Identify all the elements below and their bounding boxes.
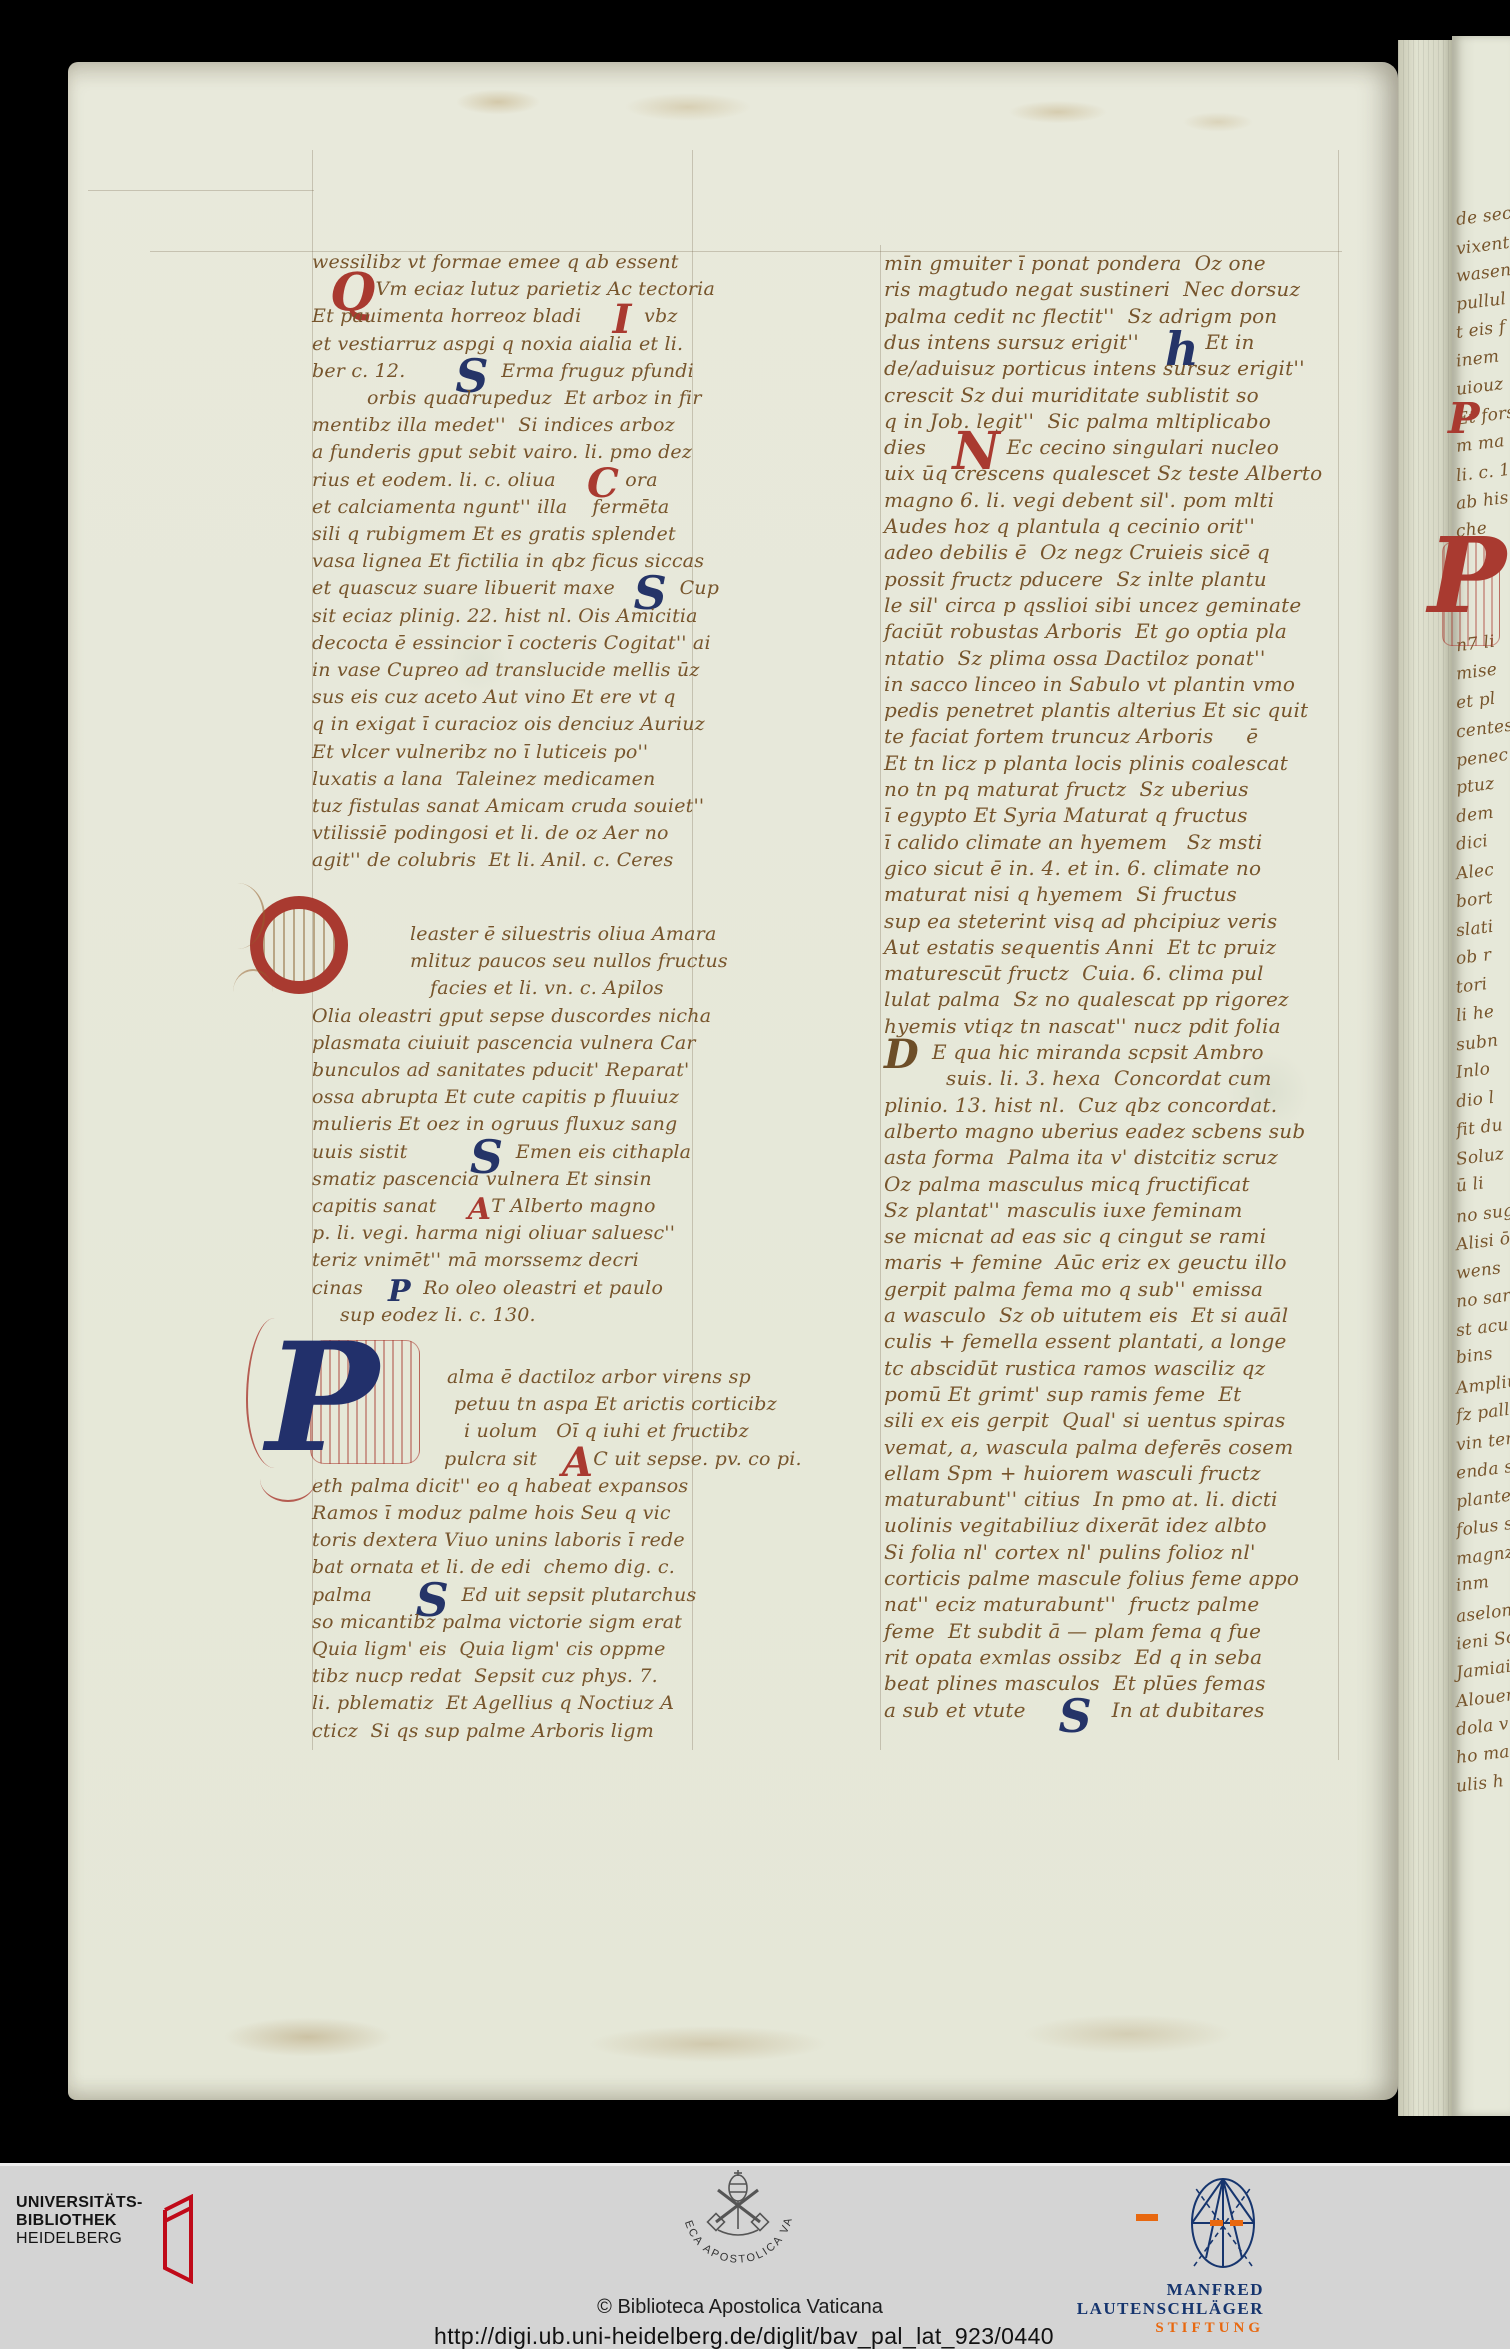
manuscript-line: palma S Ed uit sepsit plutarchus: [312, 1586, 696, 1605]
manuscript-line: se micnat ad eas sic q cingut se rami: [884, 1226, 1266, 1246]
manuscript-line: dem: [1455, 804, 1494, 825]
manuscript-line: ellam Spm + huiorem wasculi fructz: [884, 1463, 1261, 1483]
manuscript-line: pomū Et grimt' sup ramis feme Et: [884, 1384, 1241, 1404]
manuscript-line: bunculos ad sanitates pducit' Reparat': [312, 1061, 689, 1080]
manuscript-line: te faciat fortem truncuz Arboris ē: [884, 726, 1258, 746]
manuscript-line: Inlo: [1455, 1061, 1491, 1082]
vatican-seal-arc-text: BIBLIOTECA APOSTOLICA VATICANA: [672, 2168, 795, 2266]
source-url[interactable]: http://digi.ub.uni-heidelberg.de/diglit/…: [434, 2323, 1054, 2349]
manuscript-line: maris + femine Aūc eriz ex geuctu illo: [884, 1252, 1287, 1272]
ub-logo-line1: UNIVERSITÄTS-: [16, 2194, 143, 2212]
manuscript-line: Oz palma masculus micq fructificat: [884, 1174, 1250, 1194]
manuscript-line: cticz Si qs sup palme Arboris ligm: [312, 1722, 654, 1741]
ub-book-icon: [153, 2194, 201, 2284]
manuscript-line: Aut estatis sequentis Anni Et tc pruiz: [884, 937, 1276, 957]
manuscript-line: nat'' eciz maturabunt'' fructz palme: [884, 1594, 1259, 1614]
manuscript-line: sit eciaz plinig. 22. hist nl. Ois Amici…: [312, 607, 698, 626]
manuscript-line: bat ornata et li. de edi chemo dig. c.: [312, 1558, 675, 1577]
manuscript-line: asta forma Palma ita v' distcitiz scruz: [884, 1147, 1278, 1167]
manuscript-line: Si folia nl' cortex nl' pulins folioz nl…: [884, 1542, 1256, 1562]
manuscript-line: uix ūq crescens qualescet Sz teste Alber…: [884, 463, 1322, 483]
manuscript-line: mise: [1455, 662, 1498, 684]
manuscript-line: ris magtudo negat sustineri Nec dorsuz: [884, 279, 1300, 299]
ruling-line: [880, 245, 881, 1750]
manuscript-scan: wessilibz vt formae emee q ab essentQVm …: [0, 0, 1510, 2163]
stiftung-globe-icon: [1186, 2174, 1260, 2274]
manuscript-line: pedis penetret plantis alterius Et sic q…: [884, 700, 1308, 720]
manuscript-line: ob r: [1455, 947, 1492, 968]
manuscript-line: Et pauimenta horreoz bladi I vbz: [312, 307, 678, 326]
manuscript-line: no tn pq maturat fructz Sz uberius: [884, 779, 1249, 799]
manuscript-line: et vestiarruz aspgi q noxia aialia et li…: [312, 335, 683, 354]
manuscript-line: uuis sistit S Emen eis cithapla: [312, 1143, 691, 1162]
ub-logo-line3: HEIDELBERG: [16, 2230, 143, 2248]
manuscript-line: dici: [1455, 833, 1489, 854]
manuscript-line: pulcra sit AC uit sepse. pv. co pi.: [444, 1450, 802, 1469]
manuscript-line: ī calido climate an hyemem Sz msti: [884, 832, 1262, 852]
manuscript-line: plinio. 13. hist nl. Cuz qbz concordat.: [884, 1095, 1277, 1115]
manuscript-line: alma ē dactiloz arbor virens sp: [447, 1368, 751, 1387]
manuscript-line: sili ex eis gerpit Qual' si uentus spira…: [884, 1410, 1286, 1430]
manuscript-line: maturabunt'' citius In pmo at. li. dicti: [884, 1489, 1278, 1509]
manuscript-line: palma cedit nc flectit'' Sz adrigm pon: [884, 306, 1277, 326]
manuscript-line: D E qua hic miranda scpsit Ambro: [884, 1042, 1264, 1062]
manuscript-line: in vase Cupreo ad translucide mellis ūz: [312, 661, 700, 680]
manuscript-line: teriz vnimēt'' mā morssemz decri: [312, 1251, 639, 1270]
manuscript-line: facies et li. vn. c. Apilos: [430, 979, 664, 998]
manuscript-line: ī egypto Et Syria Maturat q fructus: [884, 805, 1248, 825]
manuscript-line: ntatio Sz plima ossa Dactiloz ponat'': [884, 648, 1266, 668]
manuscript-line: cinas P Ro oleo oleastri et paulo: [312, 1279, 663, 1298]
manuscript-line: toris dextera Viuo unins laboris ī rede: [312, 1531, 685, 1550]
manuscript-line: tori: [1455, 976, 1488, 997]
manuscript-line: faciūt robustas Arboris Et go optia pla: [884, 621, 1287, 641]
manuscript-line: in sacco linceo in Sabulo vt plantin vmo: [884, 674, 1295, 694]
manuscript-line: sili q rubigmem Et es gratis splendet: [312, 525, 676, 544]
manuscript-line: tc abscidūt rustica ramos wasciliz qz: [884, 1358, 1265, 1378]
manuscript-line: mlituz paucos seu nullos fructus: [410, 952, 728, 971]
manuscript-line: Audes hoz q plantula q cecinio orit'': [884, 516, 1255, 536]
manuscript-line: decocta ē essincior ī cocteris Cogitat''…: [312, 634, 711, 653]
manuscript-line: et calciamenta ngunt'' illa fermēta: [312, 498, 669, 517]
manuscript-line: adeo debilis ē Oz negz Cruieis sicē q: [884, 542, 1270, 562]
manuscript-line: QVm eciaz lutuz parietiz Ac tectoria: [330, 280, 715, 299]
manuscript-line: ossa abrupta Et cute capitis p fluuiuz: [312, 1088, 679, 1107]
lautenschlaeger-stiftung-logo: MANFRED LAUTENSCHLÄGER STIFTUNG: [1077, 2174, 1264, 2337]
manuscript-line: i uolum Oī q iuhi et fructibz: [464, 1422, 749, 1441]
manuscript-line: mentibz illa medet'' Si indices arboz: [312, 416, 675, 435]
initial-letter-glyph: P: [266, 1310, 379, 1486]
manuscript-line: gerpit palma fema mo q sub'' emissa: [884, 1279, 1263, 1299]
manuscript-line: uolinis vegitabiliuz dixerāt idez albto: [884, 1515, 1267, 1535]
ruling-line: [88, 190, 314, 191]
manuscript-line: a wasculo Sz ob uitutem eis Et si auāl: [884, 1305, 1288, 1325]
manuscript-line: et pl: [1455, 690, 1496, 712]
copyright-line: © Biblioteca Apostolica Vaticana: [597, 2296, 883, 2319]
manuscript-line: Sz plantat'' masculis iuxe feminam: [884, 1200, 1243, 1220]
manuscript-line: Et tn licz p planta locis plinis coalesc…: [884, 753, 1288, 773]
manuscript-line: crescit Sz dui muriditate sublistit so: [884, 385, 1259, 405]
manuscript-line: vemat, a, wascula palma deferēs cosem: [884, 1437, 1293, 1457]
ruling-line: [1338, 150, 1339, 1760]
manuscript-line: lulat palma Sz no qualescat pp rigorez: [884, 989, 1289, 1009]
manuscript-line: slati: [1455, 918, 1494, 939]
manuscript-line: p. li. vegi. harma nigi oliuar saluesc'': [312, 1224, 675, 1243]
manuscript-line: tuz fistulas sanat Amicam cruda souiet'': [312, 797, 704, 816]
manuscript-line: a funderis gput sebit vairo. li. pmo dez: [312, 443, 692, 462]
manuscript-line: leaster ē siluestris oliua Amara: [410, 925, 716, 944]
manuscript-line: smatiz pascencia vulnera Et sinsin: [312, 1170, 652, 1189]
manuscript-line: plasmata ciuiuit pascencia vulnera Car: [312, 1034, 696, 1053]
manuscript-line: feme Et subdit ā — plam fema q fue: [884, 1621, 1261, 1641]
manuscript-line: li. pblematiz Et Agellius q Noctiuz A: [312, 1694, 674, 1713]
manuscript-line: Olia oleastri gput sepse duscordes nicha: [312, 1007, 711, 1026]
manuscript-line: magno 6. li. vegi debent sil'. pom mlti: [884, 490, 1274, 510]
viewer-background: { "colors":{"background":"#000000","parc…: [0, 0, 1510, 2349]
manuscript-line: inm: [1455, 1574, 1490, 1595]
manuscript-line: hyemis vtiqz tn nascat'' nucz pdit folia: [884, 1016, 1281, 1036]
manuscript-line: luxatis a lana Taleinez medicamen: [312, 770, 656, 789]
manuscript-line: agit'' de colubris Et li. Anil. c. Ceres: [312, 851, 673, 870]
stiftung-name-line1: MANFRED: [1077, 2280, 1264, 2299]
manuscript-line: so micantibz palma victorie sigm erat: [312, 1613, 682, 1632]
manuscript-line: orbis quadrupeduz Et arboz in fir: [367, 389, 702, 408]
initial-P-palma: P: [244, 1336, 454, 1501]
manuscript-line: Ramos ī moduz palme hois Seu q vic: [312, 1504, 671, 1523]
manuscript-line: li he: [1455, 1004, 1495, 1026]
manuscript-line: le sil' circa p qsslioi sibi uncez gemin…: [884, 595, 1301, 615]
manuscript-line: subn: [1455, 1032, 1499, 1054]
initial-O-oleaster: [250, 896, 348, 994]
initial-P-facing-small: P: [1448, 402, 1480, 436]
svg-text:BIBLIOTECA APOSTOLICA VATICANA: BIBLIOTECA APOSTOLICA VATICANA: [672, 2168, 795, 2266]
manuscript-line: de/aduisuz porticus intens sursuz erigit…: [884, 358, 1305, 378]
manuscript-line: sup ea steterint visq ad phcipiuz veris: [884, 911, 1277, 931]
manuscript-line: ber c. 12. S Erma fruguz pfundi: [312, 362, 694, 381]
manuscript-line: ptuz: [1455, 776, 1495, 798]
manuscript-line: Et vlcer vulneribz no ī luticeis po'': [312, 743, 648, 762]
manuscript-line: possit fructz pducere Sz inlte plantu: [884, 569, 1267, 589]
ub-heidelberg-logo: UNIVERSITÄTS- BIBLIOTHEK HEIDELBERG: [16, 2194, 201, 2284]
manuscript-line: ū li: [1455, 1175, 1485, 1195]
manuscript-line: mīn gmuiter ī ponat pondera Oz one: [884, 253, 1266, 273]
manuscript-line: rius et eodem. li. c. oliua C ora: [312, 471, 658, 490]
manuscript-line: tibz nucp redat Sepsit cuz phys. 7.: [312, 1667, 658, 1686]
manuscript-line: alberto magno uberius eadez scbens sub: [884, 1121, 1305, 1141]
initial-letter-glyph: P: [1428, 514, 1506, 637]
manuscript-line: maturescūt fructz Cuia. 6. clima pul: [884, 963, 1264, 983]
manuscript-line: et quascuz suare libuerit maxe S Cup: [312, 579, 719, 598]
manuscript-line: vtilissiē podingosi et li. de oz Aer no: [312, 824, 669, 843]
manuscript-line: wens: [1455, 1260, 1502, 1282]
ub-logo-line2: BIBLIOTHEK: [16, 2212, 143, 2230]
manuscript-line: corticis palme mascule folius feme appo: [884, 1568, 1299, 1588]
stiftung-name-line3: STIFTUNG: [1077, 2320, 1264, 2337]
ub-heidelberg-wordmark: UNIVERSITÄTS- BIBLIOTHEK HEIDELBERG: [16, 2194, 143, 2248]
vatican-seal: BIBLIOTECA APOSTOLICA VATICANA: [672, 2168, 804, 2291]
initial-P-facing-large: P: [1428, 532, 1510, 664]
manuscript-line: q in Job. legit'' Sic palma mltiplicabo: [884, 411, 1271, 431]
manuscript-line: Alec: [1455, 861, 1495, 883]
manuscript-line: suis. li. 3. hexa Concordat cum: [946, 1068, 1272, 1088]
manuscript-line: rit opata exmlas ossibz Ed q in seba: [884, 1647, 1262, 1667]
manuscript-line: dus intens sursuz erigit'' h Et in: [884, 332, 1255, 352]
manuscript-line: petuu tn aspa Et arictis corticibz: [454, 1395, 777, 1414]
manuscript-line: maturat nisi q hyemem Si fructus: [884, 884, 1237, 904]
manuscript-line: bort: [1455, 890, 1494, 911]
manuscript-line: capitis sanat AT Alberto magno: [312, 1197, 656, 1216]
manuscript-line: inem: [1455, 348, 1500, 370]
manuscript-line: gico sicut ē in. 4. et in. 6. climate no: [884, 858, 1261, 878]
stiftung-name-line2: LAUTENSCHLÄGER: [1077, 2299, 1264, 2318]
manuscript-line: bins: [1455, 1346, 1494, 1367]
manuscript-line: sus eis cuz aceto Aut vino Et ere vt q: [312, 688, 676, 707]
book-fore-edge: [1398, 40, 1452, 2116]
manuscript-line: dies N Ec cecino singulari nucleo: [884, 437, 1279, 457]
manuscript-line: q in exigat ī curacioz ois denciuz Auriu…: [312, 715, 705, 734]
branding-footer: UNIVERSITÄTS- BIBLIOTHEK HEIDELBERG: [0, 2163, 1510, 2349]
manuscript-line: Quia ligm' eis Quia ligm' cis oppme: [312, 1640, 666, 1659]
manuscript-line: culis + femella essent plantati, a longe: [884, 1331, 1287, 1351]
manuscript-line: dio l: [1455, 1089, 1495, 1111]
vatican-seal-icon: BIBLIOTECA APOSTOLICA VATICANA: [672, 2168, 804, 2286]
manuscript-line: a sub et vtute S In at dubitares: [884, 1700, 1265, 1720]
